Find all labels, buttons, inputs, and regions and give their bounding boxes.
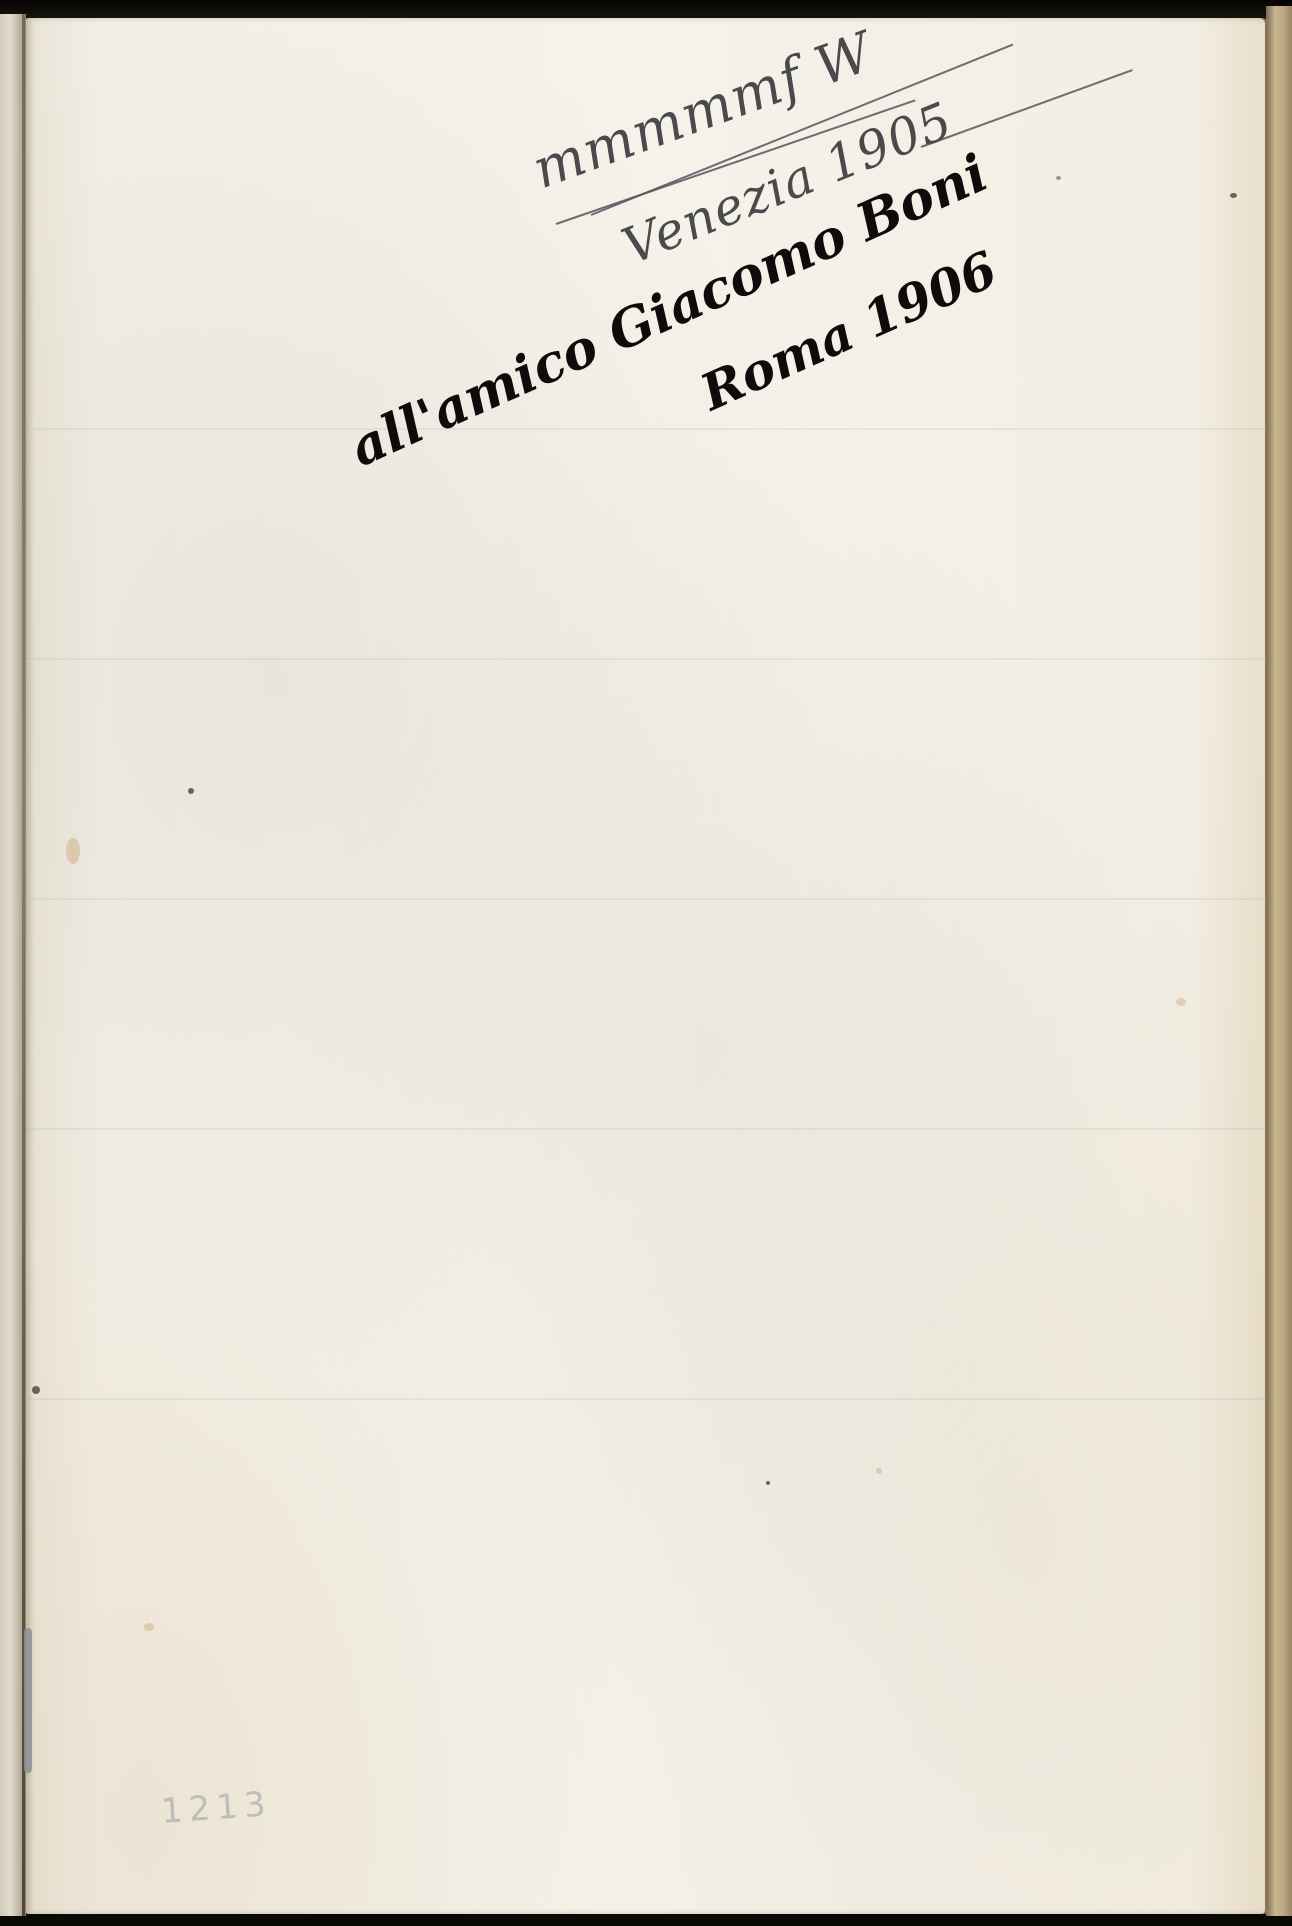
foxing-spot — [1176, 998, 1186, 1006]
dirt-speck — [32, 1386, 40, 1394]
dirt-speck — [188, 788, 194, 794]
back-cover-edge — [1266, 6, 1292, 1916]
pencil-shelfmark: 1213 — [160, 1784, 273, 1832]
show-through-line — [26, 898, 1268, 900]
binding-clip — [24, 1628, 32, 1773]
foxing-spot — [144, 1623, 154, 1631]
show-through-line — [26, 1398, 1268, 1400]
show-through-line — [26, 658, 1268, 660]
flyleaf-page: mmmmmf W Venezia 1905 all'amico Giacomo … — [26, 18, 1268, 1914]
scanned-page: mmmmmf W Venezia 1905 all'amico Giacomo … — [0, 0, 1292, 1926]
foxing-spot — [66, 838, 80, 864]
show-through-line — [26, 428, 1268, 430]
dirt-speck — [1056, 176, 1061, 180]
dirt-speck — [1230, 193, 1237, 198]
foxing-spot — [876, 1468, 882, 1474]
show-through-line — [26, 1128, 1268, 1130]
dirt-speck — [766, 1481, 770, 1485]
